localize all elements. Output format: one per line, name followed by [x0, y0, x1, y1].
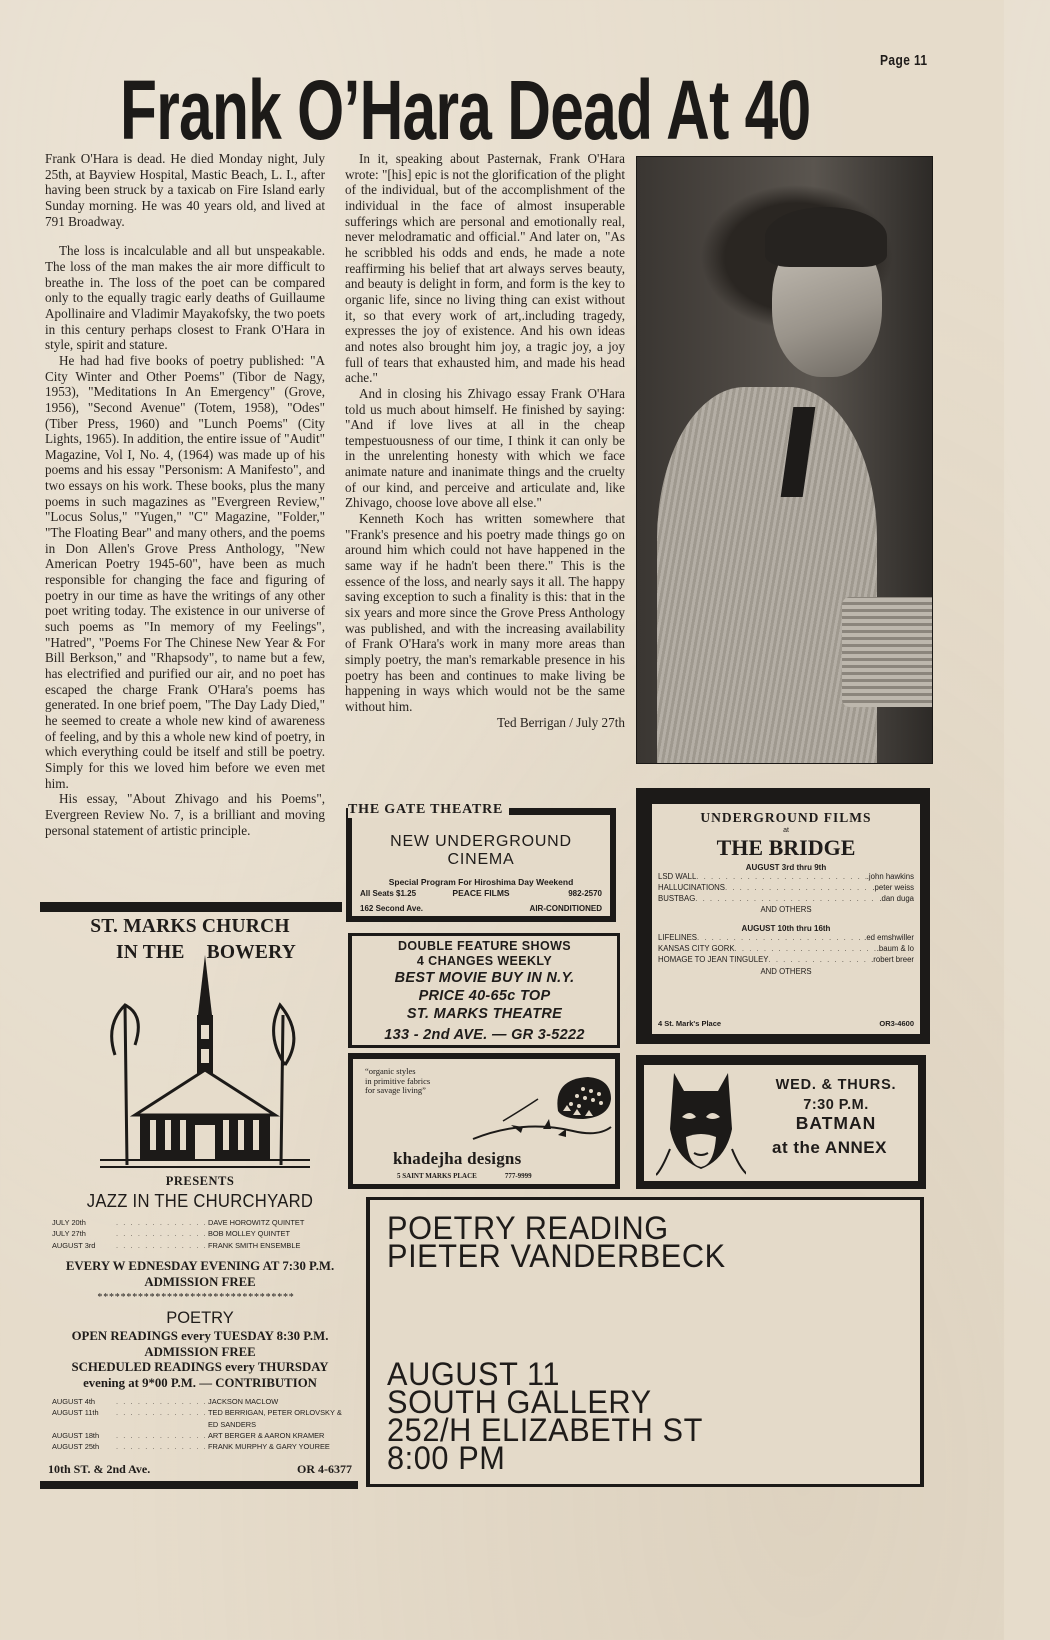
quote-line: for savage living”: [365, 1086, 430, 1096]
leader-dots: . . . . . . . . . . . . . . . . . . . .: [116, 1396, 208, 1407]
leader-dots: . . . . . . . . . . . . . . . . . . . .: [116, 1430, 208, 1441]
leader-dots: . . . . . . . . . . . . . . . . . . . . …: [768, 955, 871, 966]
film-director: .john hawkins: [867, 872, 914, 883]
schedule-date: JULY 27th: [52, 1228, 116, 1239]
gate-theatre-ad: NEW UNDERGROUND CINEMA Special Program F…: [346, 808, 616, 922]
star-divider: **********************************: [46, 1292, 346, 1303]
schedule-row: AUGUST 18th. . . . . . . . . . . . . . .…: [52, 1430, 350, 1441]
schedule-row: JULY 20th. . . . . . . . . . . . . . . .…: [52, 1217, 350, 1228]
schedule-row: ED SANDERS: [52, 1419, 350, 1430]
schedule-date: JULY 20th: [52, 1217, 116, 1228]
film-director: .robert breer: [871, 955, 914, 966]
schedule-act: JACKSON MACLOW: [208, 1396, 350, 1407]
schedule-act: FRANK SMITH ENSEMBLE: [208, 1240, 350, 1251]
article-paragraph: In it, speaking about Pasternak, Frank O…: [345, 151, 625, 386]
leader-dots: . . . . . . . . . . . . . . . . . . . .: [116, 1407, 208, 1418]
byline: Ted Berrigan / July 27th: [345, 715, 625, 731]
film-director: .baum & lo: [877, 944, 914, 955]
film-row: HALLUCINATIONS . . . . . . . . . . . . .…: [658, 883, 914, 894]
khadejha-name: khadejha designs: [393, 1149, 521, 1169]
st-marks-phone: OR 4-6377: [297, 1462, 352, 1477]
batman-venue: at the ANNEX: [772, 1138, 916, 1158]
gate-phone: 982-2570: [568, 889, 602, 898]
best-buy-line: BEST MOVIE BUY IN N.Y.: [352, 969, 617, 987]
film-title: HALLUCINATIONS: [658, 883, 725, 894]
bridge-week1-list: LSD WALL . . . . . . . . . . . . . . . .…: [658, 872, 914, 914]
open-readings-line: OPEN READINGS every TUESDAY 8:30 P.M.: [40, 1329, 360, 1345]
st-marks-contact: 10th ST. & 2nd Ave. OR 4-6377: [48, 1462, 352, 1477]
admission-free-line: ADMISSION FREE: [40, 1345, 360, 1361]
leader-dots: . . . . . . . . . . . . . . . . . . . . …: [697, 933, 864, 944]
jazz-title: JAZZ IN THE CHURCHYARD: [56, 1190, 344, 1212]
film-title: LIFELINES: [658, 933, 697, 944]
leader-dots: . . . . . . . . . . . . . . . . . . . . …: [725, 883, 872, 894]
batman-days: WED. & THURS.: [756, 1077, 916, 1093]
schedule-act: ART BERGER & AARON KRAMER: [208, 1430, 350, 1441]
khadejha-address: 5 SAINT MARKS PLACE: [397, 1172, 477, 1180]
film-row: KANSAS CITY GORK . . . . . . . . . . . .…: [658, 944, 914, 955]
batman-annex-ad: WED. & THURS. 7:30 P.M. BATMAN at the AN…: [636, 1055, 926, 1189]
poetry-schedule: AUGUST 4th. . . . . . . . . . . . . . . …: [52, 1396, 350, 1452]
film-row: HOMAGE TO JEAN TINGULEY . . . . . . . . …: [658, 955, 914, 966]
leader-dots: . . . . . . . . . . . . . . . . . . . .: [116, 1240, 208, 1251]
st-marks-theatre-ad: DOUBLE FEATURE SHOWS 4 CHANGES WEEKLY BE…: [348, 933, 620, 1048]
article-column-2: In it, speaking about Pasternak, Frank O…: [345, 151, 625, 730]
film-title: HOMAGE TO JEAN TINGULEY: [658, 955, 768, 966]
bridge-address: 4 St. Mark's Place: [658, 1019, 721, 1028]
article-paragraph: He had had five books of poetry publishe…: [45, 353, 325, 791]
khadejha-phone: 777-9999: [505, 1172, 532, 1180]
photo-hair: [765, 207, 887, 267]
schedule-date: [52, 1419, 116, 1430]
every-wednesday-line: EVERY W EDNESDAY EVENING AT 7:30 P.M.: [40, 1259, 360, 1275]
leader-dots: . . . . . . . . . . . . . . . . . . . .: [116, 1217, 208, 1228]
schedule-row: JULY 27th. . . . . . . . . . . . . . . .…: [52, 1228, 350, 1239]
khadejha-quote: “organic styles in primitive fabrics for…: [365, 1067, 430, 1096]
film-director: .dan duga: [879, 894, 914, 905]
poetry-reading-poet: PIETER VANDERBECK: [387, 1242, 726, 1270]
leader-dots: . . . . . . . . . . . . . . . . . . . .: [116, 1441, 208, 1452]
page-number: Page 11: [880, 52, 928, 69]
khadejha-contact: 5 SAINT MARKS PLACE 777-9999: [397, 1172, 532, 1180]
church-illustration-icon: [95, 945, 315, 1175]
film-row: LIFELINES . . . . . . . . . . . . . . . …: [658, 933, 914, 944]
gate-title: NEW UNDERGROUND CINEMA: [360, 833, 602, 869]
poetry-heading: POETRY: [40, 1309, 360, 1328]
batman-text: WED. & THURS. 7:30 P.M. BATMAN at the AN…: [756, 1077, 916, 1158]
schedule-row: AUGUST 11th. . . . . . . . . . . . . . .…: [52, 1407, 350, 1418]
schedule-date: AUGUST 18th: [52, 1430, 116, 1441]
bridge-phone: OR3-4600: [879, 1019, 914, 1028]
theatre-address: 133 - 2nd AVE. — GR 3-5222: [352, 1026, 617, 1044]
batman-title: BATMAN: [756, 1113, 916, 1134]
section-divider: [40, 902, 342, 912]
article-paragraph: The loss is incalculable and all but uns…: [45, 243, 325, 353]
scheduled-readings-line: SCHEDULED READINGS every THURSDAY: [40, 1360, 360, 1376]
film-title: KANSAS CITY GORK: [658, 944, 735, 955]
khadejha-designs-ad: “organic styles in primitive fabrics for…: [348, 1053, 620, 1189]
st-marks-address: 10th ST. & 2nd Ave.: [48, 1462, 150, 1477]
bridge-others: AND OTHERS: [658, 967, 914, 976]
gate-theatre-venue: THE GATE THEATRE: [348, 802, 509, 818]
schedule-date: AUGUST 4th: [52, 1396, 116, 1407]
gate-address: 162 Second Ave.: [360, 904, 423, 913]
film-row: BUSTBAG . . . . . . . . . . . . . . . . …: [658, 894, 914, 905]
batman-mask-icon: [656, 1069, 746, 1179]
jazz-schedule: JULY 20th. . . . . . . . . . . . . . . .…: [52, 1217, 350, 1251]
film-title: LSD WALL: [658, 872, 696, 883]
gate-feature: AIR-CONDITIONED: [530, 904, 602, 913]
changes-weekly-line: 4 CHANGES WEEKLY: [352, 954, 617, 969]
photo-typewriter: [842, 597, 933, 707]
bridge-week2-label: AUGUST 10th thru 16th: [658, 924, 914, 933]
photo-suit: [657, 387, 877, 764]
poetry-reading-details: AUGUST 11 SOUTH GALLERY 252/H ELIZABETH …: [387, 1360, 703, 1472]
schedule-act: TED BERRIGAN, PETER ORLOVSKY &: [208, 1407, 350, 1418]
poetry-reading-time: 8:00 PM: [387, 1444, 703, 1472]
flower-branch-icon: [463, 1069, 613, 1149]
schedule-act: DAVE HOROWITZ QUINTET: [208, 1217, 350, 1228]
article-paragraph: And in closing his Zhivago essay Frank O…: [345, 386, 625, 511]
leader-dots: . . . . . . . . . . . . . . . . . . . . …: [695, 894, 879, 905]
film-director: .peter weiss: [872, 883, 914, 894]
leader-dots: . . . . . . . . . . . . . . . . . . . . …: [735, 944, 877, 955]
bridge-venue: THE BRIDGE: [658, 835, 914, 861]
wednesday-jazz-info: EVERY W EDNESDAY EVENING AT 7:30 P.M. AD…: [40, 1259, 360, 1290]
poetry-readings-info: OPEN READINGS every TUESDAY 8:30 P.M. AD…: [40, 1329, 360, 1391]
portrait-photo: [636, 156, 933, 764]
bridge-week2-list: LIFELINES . . . . . . . . . . . . . . . …: [658, 933, 914, 975]
article-paragraph: Frank O'Hara is dead. He died Monday nig…: [45, 151, 325, 229]
the-bridge-ad: UNDERGROUND FILMS at THE BRIDGE AUGUST 3…: [636, 788, 930, 1044]
double-feature-line: DOUBLE FEATURE SHOWS: [352, 939, 617, 954]
headline: Frank O’Hara Dead At 40: [120, 70, 667, 150]
evening-contribution-line: evening at 9*00 P.M. — CONTRIBUTION: [40, 1376, 360, 1392]
leader-dots: . . . . . . . . . . . . . . . . . . . .: [116, 1228, 208, 1239]
article-column-1: Frank O'Hara is dead. He died Monday nig…: [45, 151, 325, 838]
schedule-date: AUGUST 25th: [52, 1441, 116, 1452]
poetry-reading-header: POETRY READING PIETER VANDERBECK: [387, 1214, 726, 1270]
schedule-date: AUGUST 3rd: [52, 1240, 116, 1251]
film-director: .ed emshwiller: [864, 933, 914, 944]
leader-dots: [116, 1419, 208, 1430]
film-title: BUSTBAG: [658, 894, 695, 905]
gate-subtitle: Special Program For Hiroshima Day Weeken…: [360, 877, 602, 887]
presents-label: PRESENTS: [40, 1174, 360, 1189]
bridge-week1-label: AUGUST 3rd thru 9th: [658, 863, 914, 872]
theatre-name: ST. MARKS THEATRE: [352, 1005, 617, 1023]
batman-time: 7:30 P.M.: [756, 1097, 916, 1113]
bridge-others: AND OTHERS: [658, 905, 914, 914]
schedule-act: FRANK MURPHY & GARY YOUREE: [208, 1441, 350, 1452]
article-paragraph: His essay, "About Zhivago and his Poems"…: [45, 791, 325, 838]
schedule-row: AUGUST 25th. . . . . . . . . . . . . . .…: [52, 1441, 350, 1452]
church-title-line1: ST. MARKS CHURCH: [40, 914, 340, 940]
schedule-date: AUGUST 11th: [52, 1407, 116, 1418]
gate-price: All Seats $1.25: [360, 889, 416, 898]
schedule-row: AUGUST 4th. . . . . . . . . . . . . . . …: [52, 1396, 350, 1407]
admission-free-line: ADMISSION FREE: [40, 1275, 360, 1291]
schedule-row: AUGUST 3rd. . . . . . . . . . . . . . . …: [52, 1240, 350, 1251]
article-paragraph: Kenneth Koch has written somewhere that …: [345, 511, 625, 715]
poetry-reading-ad: POETRY READING PIETER VANDERBECK AUGUST …: [366, 1197, 924, 1487]
schedule-act: ED SANDERS: [208, 1419, 350, 1430]
section-divider: [40, 1481, 358, 1489]
bridge-at: at: [658, 827, 914, 834]
leader-dots: . . . . . . . . . . . . . . . . . . . . …: [696, 872, 866, 883]
bridge-title: UNDERGROUND FILMS: [658, 810, 914, 826]
schedule-act: BOB MOLLEY QUINTET: [208, 1228, 350, 1239]
price-line: PRICE 40-65c TOP: [352, 987, 617, 1005]
film-row: LSD WALL . . . . . . . . . . . . . . . .…: [658, 872, 914, 883]
